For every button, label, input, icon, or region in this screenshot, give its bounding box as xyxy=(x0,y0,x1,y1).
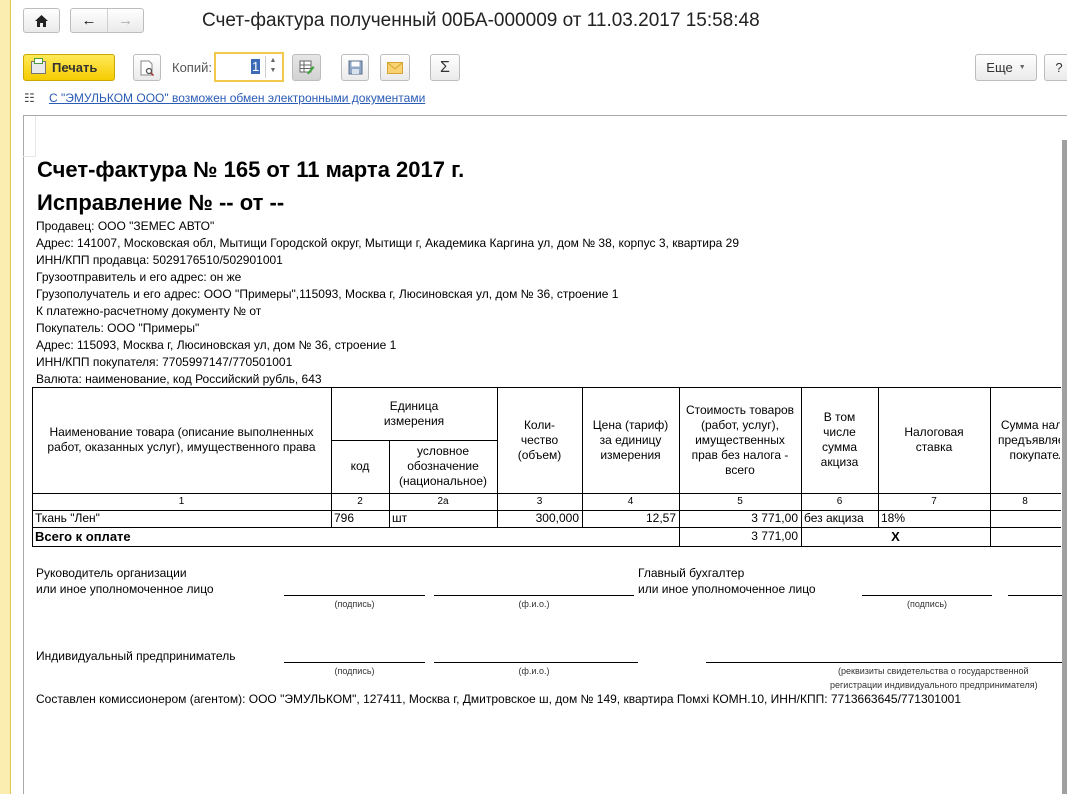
table-vline xyxy=(582,387,583,528)
agent-line: Составлен комиссионером (агентом): ООО "… xyxy=(36,692,961,706)
cell-tax_sum xyxy=(990,510,1060,527)
cell-unit: шт xyxy=(389,510,497,527)
info-line: ИНН/КПП покупателя: 7705997147/770501001 xyxy=(36,355,292,369)
cell-tax_rate: 18% xyxy=(878,510,990,527)
cell-code: 796 xyxy=(331,510,389,527)
column-number: 8 xyxy=(990,493,1060,510)
table-hline xyxy=(32,493,1061,494)
column-number: 3 xyxy=(497,493,582,510)
print-button[interactable]: Печать xyxy=(23,54,115,81)
info-line: Покупатель: ООО "Примеры" xyxy=(36,321,199,335)
info-line: Валюта: наименование, код Российский руб… xyxy=(36,372,322,386)
table-vline xyxy=(679,387,680,547)
document-corner xyxy=(23,116,36,157)
forward-button[interactable]: → xyxy=(108,9,143,32)
edo-exchange-link[interactable]: С "ЭМУЛЬКОМ ООО" возможен обмен электрон… xyxy=(49,91,425,105)
head-signature-line xyxy=(284,595,425,596)
accountant-signature-caption: (подпись) xyxy=(862,599,992,609)
edit-table-button[interactable] xyxy=(292,54,321,81)
info-line: Грузоотправитель и его адрес: он же xyxy=(36,270,241,284)
save-button[interactable] xyxy=(341,54,369,81)
header-unit: Единица измерения xyxy=(331,387,497,440)
more-label: Еще xyxy=(986,60,1012,75)
copies-label: Копий: xyxy=(172,60,212,75)
column-number: 7 xyxy=(878,493,990,510)
info-line: Продавец: ООО "ЗЕМЕС АВТО" xyxy=(36,219,214,233)
table-vline xyxy=(331,387,332,528)
copies-stepper[interactable]: ▲▼ xyxy=(265,56,280,78)
page-preview-icon xyxy=(139,60,155,76)
entrepreneur-signature-line xyxy=(284,662,425,663)
info-line: Адрес: 141007, Московская обл, Мытищи Го… xyxy=(36,236,739,250)
preview-button[interactable] xyxy=(133,54,161,81)
sigma-icon: Σ xyxy=(440,59,450,77)
entrepreneur-fio-caption: (ф.и.о.) xyxy=(434,666,634,676)
entrepreneur-signature-caption: (подпись) xyxy=(284,666,425,676)
table-vline xyxy=(497,387,498,528)
table-hline xyxy=(331,440,498,441)
table-edit-icon xyxy=(299,60,315,75)
header-unit-symbol: условное обозначение (национальное) xyxy=(389,440,497,493)
accountant-fio-line xyxy=(1008,595,1062,596)
more-button[interactable]: Еще ▼ xyxy=(975,54,1037,81)
header-tax-rate: Налоговая ставка xyxy=(878,387,990,493)
head-fio-line xyxy=(434,595,634,596)
head-signature-caption: (подпись) xyxy=(284,599,425,609)
header-qty: Коли-чество (объем) xyxy=(497,387,582,493)
back-button[interactable]: ← xyxy=(71,9,108,32)
table-vline xyxy=(990,387,991,547)
arrow-right-icon: → xyxy=(118,12,133,29)
envelope-icon xyxy=(387,62,403,74)
column-number: 2 xyxy=(331,493,389,510)
column-number: 4 xyxy=(582,493,679,510)
cell-qty: 300,000 xyxy=(497,510,582,527)
table-vline xyxy=(32,387,33,547)
invoice-title: Счет-фактура № 165 от 11 марта 2017 г. xyxy=(37,157,464,183)
info-line: К платежно-расчетному документу № от xyxy=(36,304,261,318)
help-label: ? xyxy=(1055,60,1062,75)
info-line: Адрес: 115093, Москва г, Люсиновская ул,… xyxy=(36,338,396,352)
column-number: 1 xyxy=(32,493,331,510)
sum-button[interactable]: Σ xyxy=(430,54,460,81)
entrepreneur-left-line xyxy=(630,662,638,663)
chevron-down-icon: ▼ xyxy=(1019,64,1026,71)
registration-caption-1: (реквизиты свидетельства о государственн… xyxy=(838,666,1029,676)
vertical-scrollbar[interactable] xyxy=(1062,140,1067,794)
table-hline xyxy=(32,527,1061,528)
send-email-button[interactable] xyxy=(380,54,410,81)
home-button[interactable] xyxy=(23,8,60,33)
info-line: ИНН/КПП продавца: 5029176510/502901001 xyxy=(36,253,283,267)
total-cost: 3 771,00 xyxy=(679,527,801,546)
accountant-label: Главный бухгалтер или иное уполномоченно… xyxy=(638,565,816,597)
total-mark: Х xyxy=(801,527,990,546)
print-label: Печать xyxy=(52,60,97,75)
copies-value: 1 xyxy=(251,59,260,74)
head-label: Руководитель организации или иное уполно… xyxy=(36,565,214,597)
table-hline xyxy=(32,546,1061,547)
header-price: Цена (тариф) за единицу измерения xyxy=(582,387,679,493)
accountant-signature-line xyxy=(862,595,992,596)
help-button[interactable]: ? xyxy=(1044,54,1067,81)
entrepreneur-fio-line xyxy=(434,662,634,663)
total-label: Всего к оплате xyxy=(32,527,679,546)
nav-buttons: ← → xyxy=(70,8,144,33)
cell-cost: 3 771,00 xyxy=(679,510,801,527)
table-vline xyxy=(801,387,802,547)
info-line: Грузополучатель и его адрес: ООО "Пример… xyxy=(36,287,618,301)
registration-caption-2: регистрации индивидуального предпринимат… xyxy=(830,680,1038,690)
header-unit-code: код xyxy=(331,440,389,493)
table-vline xyxy=(389,440,390,528)
header-cost: Стоимость товаров (работ, услуг), имущес… xyxy=(679,387,801,493)
registration-line xyxy=(706,662,1062,663)
printer-icon xyxy=(31,61,46,74)
window-title: Счет-фактура полученный 00БА-000009 от 1… xyxy=(202,10,760,32)
correction-title: Исправление № -- от -- xyxy=(37,190,284,216)
header-excise: В том числе сумма акциза xyxy=(801,387,878,493)
home-icon xyxy=(35,15,48,27)
header-name: Наименование товара (описание выполненны… xyxy=(32,387,331,493)
left-panel-strip xyxy=(0,0,11,794)
column-number: 6 xyxy=(801,493,878,510)
entrepreneur-label: Индивидуальный предприниматель xyxy=(36,648,235,664)
head-fio-caption: (ф.и.о.) xyxy=(434,599,634,609)
cell-name: Ткань "Лен" xyxy=(32,510,331,527)
floppy-disk-icon xyxy=(348,60,363,75)
cell-excise: без акциза xyxy=(801,510,878,527)
table-hline xyxy=(32,510,1061,511)
column-number: 2а xyxy=(389,493,497,510)
copies-input[interactable]: 1 ▲▼ xyxy=(214,52,284,82)
column-number: 5 xyxy=(679,493,801,510)
edo-exchange-icon: ☷ xyxy=(24,91,35,105)
table-vline xyxy=(878,387,879,528)
header-tax-sum: Сумма налога, предъявляемая покупателю xyxy=(990,387,1060,493)
table-hline xyxy=(32,387,1061,388)
cell-price: 12,57 xyxy=(582,510,679,527)
arrow-left-icon: ← xyxy=(81,12,96,29)
